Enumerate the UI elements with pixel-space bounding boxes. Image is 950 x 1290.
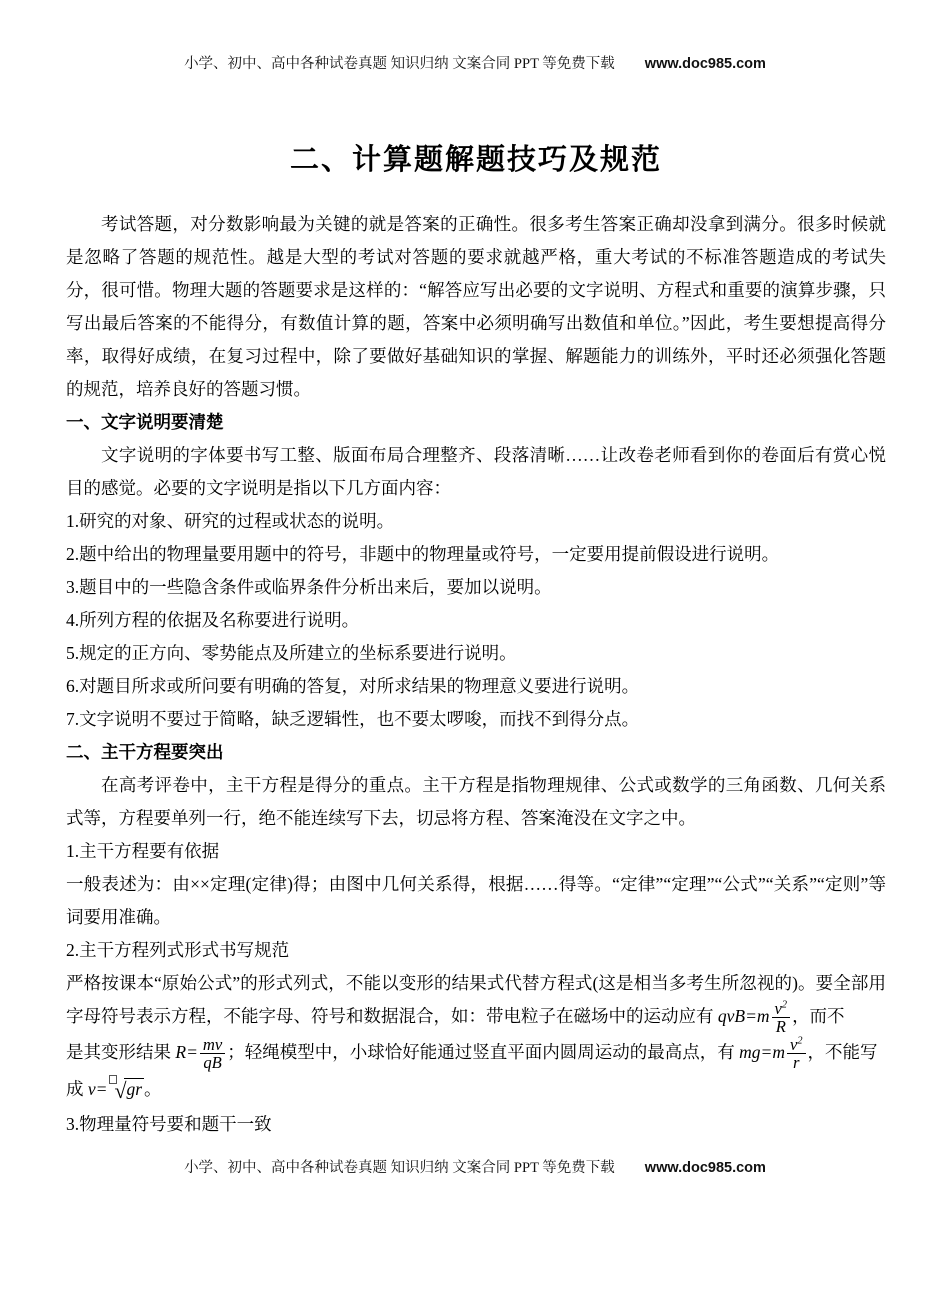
list-item-1: 1.研究的对象、研究的过程或状态的说明。 bbox=[66, 505, 886, 538]
body-text: 是其变形结果 bbox=[66, 1042, 175, 1062]
section2-intro: 在高考评卷中，主干方程是得分的重点。主干方程是指物理规律、公式或数学的三角函数、… bbox=[66, 769, 886, 835]
intro-paragraph: 考试答题，对分数影响最为关键的就是答案的正确性。很多考生答案正确却没拿到满分。很… bbox=[66, 208, 886, 406]
formula-v-sqrt: v=√gr bbox=[88, 1079, 144, 1099]
formula-lhs: qvB=m bbox=[718, 1006, 770, 1026]
list-item-4: 4.所列方程的依据及名称要进行说明。 bbox=[66, 604, 886, 637]
page-header: 小学、初中、高中各种试卷真题 知识归纳 文案合同 PPT 等免费下载www.do… bbox=[0, 52, 950, 73]
sub2-heading: 2.主干方程列式形式书写规范 bbox=[66, 934, 886, 967]
page-footer: 小学、初中、高中各种试卷真题 知识归纳 文案合同 PPT 等免费下载www.do… bbox=[0, 1156, 950, 1177]
body-text: ，不能写 bbox=[808, 1042, 878, 1062]
list-item-2: 2.题中给出的物理量要用题中的符号，非题中的物理量或符号，一定要用提前假设进行说… bbox=[66, 538, 886, 571]
body-text: 。 bbox=[144, 1079, 162, 1099]
section1-heading: 一、文字说明要清楚 bbox=[66, 406, 886, 439]
formula-qvB: qvB=mv2R bbox=[718, 1006, 792, 1026]
sub2-body-line1: 严格按课本“原始公式”的形式列式，不能以变形的结果式代替方程式(这是相当多考生所… bbox=[66, 967, 886, 1036]
body-text: 成 bbox=[66, 1079, 88, 1099]
section2-heading: 二、主干方程要突出 bbox=[66, 736, 886, 769]
header-tagline: 小学、初中、高中各种试卷真题 知识归纳 文案合同 PPT 等免费下载 bbox=[184, 56, 615, 72]
section1-intro: 文字说明的字体要书写工整、版面布局合理整齐、段落清晰……让改卷老师看到你的卷面后… bbox=[66, 439, 886, 505]
document-page: 小学、初中、高中各种试卷真题 知识归纳 文案合同 PPT 等免费下载www.do… bbox=[0, 0, 950, 1290]
fraction: mvqB bbox=[200, 1036, 225, 1072]
footer-tagline: 小学、初中、高中各种试卷真题 知识归纳 文案合同 PPT 等免费下载 bbox=[184, 1160, 615, 1176]
body-text: ；轻绳模型中，小球恰好能通过竖直平面内圆周运动的最高点，有 bbox=[227, 1042, 739, 1062]
formula-mg: mg=mv2r bbox=[739, 1042, 807, 1062]
document-body: 二、计算题解题技巧及规范 考试答题，对分数影响最为关键的就是答案的正确性。很多考… bbox=[66, 138, 886, 1141]
fraction-denominator: qB bbox=[203, 1053, 221, 1072]
formula-lhs: mg=m bbox=[739, 1042, 785, 1062]
radicand: gr bbox=[124, 1078, 144, 1099]
fraction: v2R bbox=[772, 1000, 791, 1036]
list-item-3: 3.题目中的一些隐含条件或临界条件分析出来后，要加以说明。 bbox=[66, 571, 886, 604]
formula-lhs: v= bbox=[88, 1079, 108, 1099]
formula-R: R=mvqB bbox=[175, 1042, 227, 1062]
radical-sign: √ bbox=[114, 1079, 124, 1103]
footer-url: www.doc985.com bbox=[645, 1160, 766, 1176]
list-item-6: 6.对题目所求或所问要有明确的答复，对所求结果的物理意义要进行说明。 bbox=[66, 670, 886, 703]
sub2-body-line2: 是其变形结果 R=mvqB；轻绳模型中，小球恰好能通过竖直平面内圆周运动的最高点… bbox=[66, 1036, 886, 1072]
fraction-numerator: v bbox=[775, 999, 782, 1018]
fraction-numerator: mv bbox=[203, 1035, 222, 1054]
sub1-heading: 1.主干方程要有依据 bbox=[66, 835, 886, 868]
body-text: ，而不 bbox=[792, 1006, 845, 1026]
superscript: 2 bbox=[797, 1035, 802, 1046]
document-title: 二、计算题解题技巧及规范 bbox=[66, 138, 886, 182]
fraction-denominator: R bbox=[776, 1017, 786, 1036]
fraction: v2r bbox=[787, 1036, 806, 1072]
header-url: www.doc985.com bbox=[645, 56, 766, 72]
superscript: 2 bbox=[782, 1000, 787, 1011]
sub1-body: 一般表述为：由××定理(定律)得；由图中几何关系得，根据……得等。“定律”“定理… bbox=[66, 868, 886, 934]
list-item-7: 7.文字说明不要过于简略，缺乏逻辑性，也不要太啰唆，而找不到得分点。 bbox=[66, 703, 886, 736]
formula-lhs: R= bbox=[175, 1042, 198, 1062]
sub2-body-line3: 成 v=√gr。 bbox=[66, 1072, 886, 1108]
list-item-5: 5.规定的正方向、零势能点及所建立的坐标系要进行说明。 bbox=[66, 637, 886, 670]
sub3-heading: 3.物理量符号要和题干一致 bbox=[66, 1108, 886, 1141]
fraction-denominator: r bbox=[793, 1053, 799, 1072]
